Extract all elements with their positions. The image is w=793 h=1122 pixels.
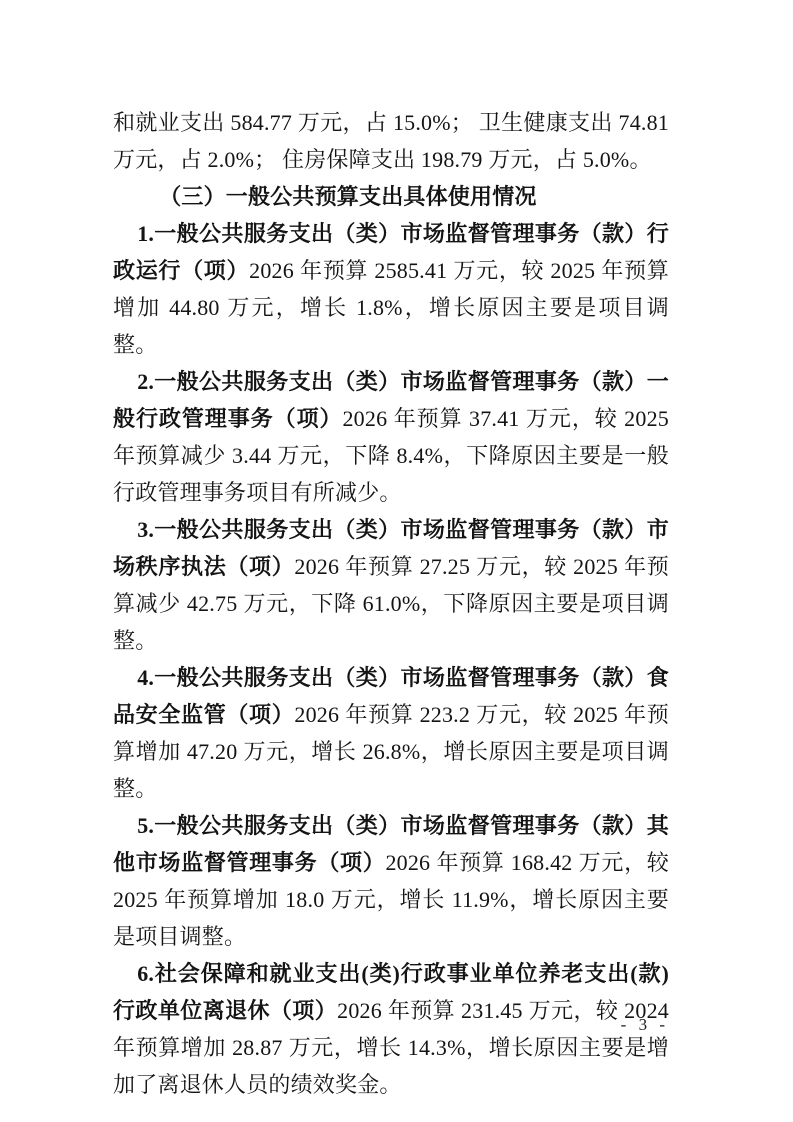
page-footer: - 3 -	[113, 1013, 669, 1037]
budget-item-4: 4.一般公共服务支出（类）市场监督管理事务（款）食品安全监管（项）2026 年预…	[113, 659, 669, 807]
budget-item-1: 1.一般公共服务支出（类）市场监督管理事务（款）行政运行（项）2026 年预算 …	[113, 215, 669, 363]
budget-item-5: 5.一般公共服务支出（类）市场监督管理事务（款）其他市场监督管理事务（项）202…	[113, 807, 669, 955]
budget-item-2: 2.一般公共服务支出（类）市场监督管理事务（款）一般行政管理事务（项）2026 …	[113, 363, 669, 511]
section-heading: （三）一般公共预算支出具体使用情况	[113, 178, 669, 215]
intro-paragraph: 和就业支出 584.77 万元，占 15.0%； 卫生健康支出 74.81 万元…	[113, 104, 669, 178]
budget-item-3: 3.一般公共服务支出（类）市场监督管理事务（款）市场秩序执法（项）2026 年预…	[113, 511, 669, 659]
document-page: 和就业支出 584.77 万元，占 15.0%； 卫生健康支出 74.81 万元…	[0, 0, 793, 1122]
page-number: - 3 -	[621, 1015, 669, 1034]
document-body: 和就业支出 584.77 万元，占 15.0%； 卫生健康支出 74.81 万元…	[113, 104, 669, 1103]
